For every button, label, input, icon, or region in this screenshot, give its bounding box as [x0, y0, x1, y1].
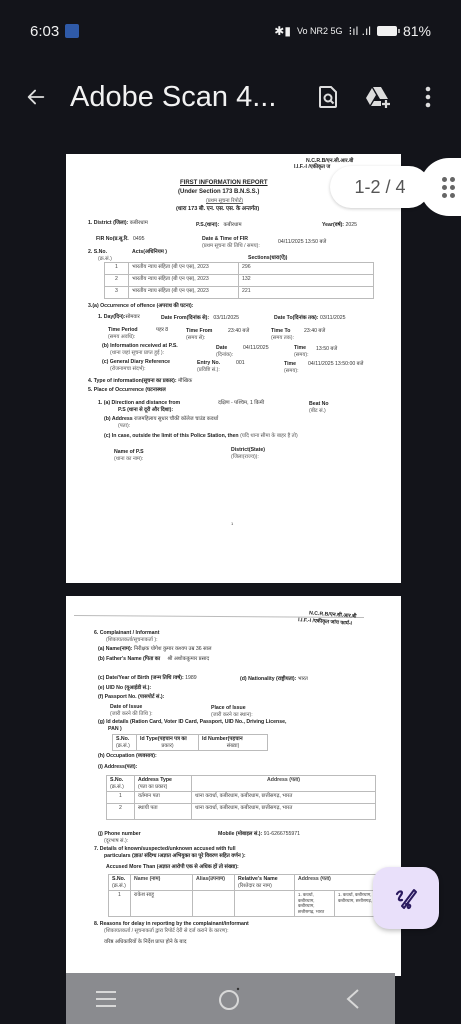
page-grid-button[interactable] [420, 158, 461, 216]
edit-annotate-icon [392, 884, 420, 912]
table-row: 2स्थायी पताथाना कवर्धा, कबीरधाम, कबीरधाम… [107, 804, 376, 820]
accused-name-header: Name (नाम) [131, 875, 193, 891]
info-time-value: 13:50 बजे [316, 346, 337, 353]
nationality-label: (d) Nationality (राष्ट्रीयता): [240, 676, 296, 682]
ps-name-label: Name of P.S [114, 449, 144, 456]
info-received-sublabel: (थाना जहां सूचना प्राप्त हुई ): [102, 350, 178, 357]
iif-header: I.I.F.-I /एकीकृत ज [294, 164, 330, 171]
act-sno: 1 [105, 263, 129, 275]
id-details-label: (g) Id details (Ration Card, Voter ID Ca… [98, 719, 286, 726]
address-label: (b) Address [104, 416, 133, 422]
gd-time-value: 04/11/2025 13:50:00 बजे [308, 361, 363, 368]
district-label: 1. District (जिला): [88, 220, 128, 226]
ps-label: P.S.(थाना): [196, 222, 219, 228]
report-subtitle: (Under Section 173 B.N.S.S.) [178, 189, 259, 197]
mobile-value: 91-6266755971 [264, 831, 300, 837]
uid-label: (e) UID No (यूआईडी सं.): [98, 685, 151, 692]
gd-time-sublabel: (समय): [284, 368, 299, 375]
day-value: सोमवार [125, 314, 139, 320]
name-value: निरीक्षक योगेश कुमार कश्यप उम्र 36 साल [134, 646, 212, 652]
nationality-value: भारत [298, 676, 308, 682]
id-number-subheader: संख्या) [202, 743, 264, 750]
time-period-value: पहर 8 [156, 327, 168, 334]
outside-limit-label: (c) In case, outside the limit of this P… [104, 433, 239, 439]
complainant-label: 6. Complainant / Informant [94, 630, 159, 637]
notification-app-icon [65, 24, 79, 38]
back-nav-button[interactable] [333, 979, 373, 1019]
network-type-label: Vo NR2 5G [297, 26, 343, 36]
table-row: S.No.(क्र.सं.) Name (नाम) Alias(उपनाम) R… [109, 875, 388, 891]
add-to-drive-button[interactable] [363, 82, 393, 112]
recents-menu-icon [95, 990, 117, 1008]
district-state-sublabel: (जिला(राज्य)): [231, 454, 265, 461]
type-info-value: मौखिक [178, 378, 192, 384]
accused-details-label-cont: particulars (ज्ञात/ संदिग्ध /अज्ञात अभिय… [94, 853, 246, 860]
accused-alias [193, 891, 235, 917]
date-to-label: Date To(दिनांक तक): [274, 315, 319, 321]
district-state-label: District(State) [231, 447, 265, 454]
act-name: भारतीय न्याय संहिता (बी एन एस), 2023 [129, 275, 239, 287]
signal-strength-icon: ⁝ıl .ıl [348, 24, 370, 38]
info-time-sublabel: (समय): [294, 352, 309, 359]
table-row: 1भारतीय न्याय संहिता (बी एन एस), 2023296 [105, 263, 374, 275]
info-received-label: (b) Information received at P.S. [102, 343, 178, 350]
fir-no-value: 0495 [133, 236, 145, 242]
entry-no-value: 001 [236, 360, 245, 367]
table-row: S.No.(क्र.सं.) Address Type(पता का प्रका… [107, 776, 376, 792]
place-of-issue-sublabel: (जारी करने का स्थान): [211, 712, 253, 719]
fir-datetime-sublabel: (प्रथम सूचना की तिथि / समय): [202, 243, 260, 250]
address-text: थाना कवर्धा, कबीरधाम, कबीरधाम, छत्तीसगढ़… [192, 792, 376, 804]
document-page-2[interactable]: N.C.R.B/एन.सी.आर.बी I.I.F.-I /एकीकृत जां… [66, 596, 401, 976]
battery-icon [377, 26, 397, 36]
address-sno-subheader: (क्र.सं.) [110, 784, 131, 791]
arrow-left-icon [25, 86, 47, 108]
clock: 6:03 [30, 23, 59, 40]
date-to-value: 03/11/2025 [320, 315, 346, 321]
info-date-value: 04/11/2025 [243, 345, 269, 352]
accused-table: S.No.(क्र.सं.) Name (नाम) Alias(उपनाम) R… [108, 874, 388, 917]
back-button[interactable] [16, 77, 56, 117]
gd-reference-label: (c) General Diary Reference [102, 359, 170, 366]
search-document-button[interactable] [313, 82, 343, 112]
time-period-label: Time Period [108, 327, 138, 334]
act-sno: 2 [105, 275, 129, 287]
more-options-button[interactable] [413, 82, 443, 112]
accused-more-than-label: Accused More Than (अज्ञात आरोपी एक से अध… [106, 864, 239, 871]
act-section: 221 [239, 287, 374, 299]
passport-label: (f) Passport No. (पासपोर्ट सं.): [98, 694, 164, 701]
address-value: राजमहिलाय सुधार चौकी कॉलेज चाउंड कवर्धा [134, 416, 218, 422]
time-to-value: 23:40 बजे [304, 328, 325, 335]
time-period-sublabel: (समय अवधि): [108, 334, 138, 341]
accused-name: राकेश साहू [131, 891, 193, 917]
delay-reason-label: 8. Reasons for delay in reporting by the… [94, 921, 249, 928]
direction-value: दक्षिण - पश्चिम, 1 किमी [218, 400, 264, 407]
occupation-label: (h) Occupation (व्यवसाय): [98, 753, 157, 760]
address-text: थाना कवर्धा, कबीरधाम, कबीरधाम, छत्तीसगढ़… [192, 804, 376, 820]
table-row: S.No.(क्र.सं.) Id Type(पहचान पत्र काप्रक… [113, 735, 268, 751]
delay-reason-value: वरिष्ठ अधिकारियों के निर्देश प्राप्त होन… [104, 939, 187, 946]
complainant-sublabel: (शिकायतकर्ता/सूचनाकर्ता ): [94, 637, 159, 644]
report-title: FIRST INFORMATION REPORT [180, 180, 268, 188]
id-sno-subheader: (क्र.सं.) [116, 743, 133, 750]
back-chevron-icon [345, 988, 361, 1010]
grid-view-icon [442, 177, 455, 198]
entry-no-sublabel: (प्रविष्टि सं.): [197, 367, 220, 374]
accused-sno-subheader: (क्र.सं.) [112, 883, 127, 890]
fir-datetime-value: 04/11/2025 13:50 बजे [278, 239, 326, 246]
entry-no-label: Entry No. [197, 360, 220, 367]
accused-sno: 1 [109, 891, 131, 917]
status-icons: ✱▮ Vo NR2 5G ⁝ıl .ıl 81% [274, 23, 431, 39]
gd-reference-sublabel: (रोजनामचा संदर्भ): [102, 366, 170, 373]
address-header: Address (पता) [192, 776, 376, 792]
app-bar: Adobe Scan 4... [0, 62, 461, 132]
act-section: 132 [239, 275, 374, 287]
address-section-label: (i) Address(पता): [98, 764, 137, 771]
act-name: भारतीय न्याय संहिता (बी एन एस), 2023 [129, 287, 239, 299]
beat-no-sublabel: (बीट सं.) [309, 408, 329, 415]
delay-reason-sublabel: (शिकायतकर्ता / सूचनाकर्ता द्वारा रिपोर्ट… [94, 928, 249, 935]
district-value: कबीरधाम [130, 220, 148, 226]
accused-address-1: 1. कवर्धा, कबीरधाम, कबीरधाम, छत्तीसगढ़, … [295, 891, 335, 917]
date-of-issue-sublabel: (जारी करने की तिथि ): [110, 711, 153, 718]
sections-header: Sections(धारा(ऐं)) [248, 255, 287, 262]
name-label: (a) Name(नाम): [98, 646, 132, 652]
address-sno: 2 [107, 804, 135, 820]
accused-details-label: 7. Details of known/suspected/unknown ac… [94, 846, 246, 853]
more-vertical-icon [424, 86, 432, 108]
time-from-sublabel: (समय से): [186, 335, 212, 342]
report-subtitle-hindi: (धारा 173 बी. एन. एस. एस. के अन्तर्गत) [176, 206, 259, 213]
year-value: 2025 [345, 222, 357, 228]
acts-header: Acts(अधिनियम ) [132, 249, 167, 256]
phone-label: (j) Phone number [98, 831, 141, 838]
drive-add-icon [365, 85, 391, 109]
dob-value: 1989 [185, 675, 197, 681]
time-from-label: Time From [186, 328, 212, 335]
father-name-value: श्री अशोककुमार प्रसाद [167, 656, 209, 662]
status-bar: 6:03 ✱▮ Vo NR2 5G ⁝ıl .ıl 81% [0, 0, 461, 62]
ps-name-sublabel: (थाना का नाम): [114, 456, 144, 463]
dob-label: (c) Date/Year of Birth (जन्म तिथि /वर्ष)… [98, 675, 184, 681]
info-date-sublabel: (दिनांक): [216, 352, 233, 359]
table-row: 1वर्तमान पताथाना कवर्धा, कबीरधाम, कबीरधा… [107, 792, 376, 804]
home-button[interactable] [210, 979, 250, 1019]
page-number: 1 [231, 521, 233, 526]
accused-relative [235, 891, 295, 917]
direction-sublabel: P.S (थाना से दूरी और दिशा): [98, 407, 180, 414]
type-info-label: 4. Type of information(सूचना का प्रकार): [88, 378, 177, 384]
id-details-table: S.No.(क्र.सं.) Id Type(पहचान पत्र काप्रक… [112, 734, 268, 751]
act-sno: 3 [105, 287, 129, 299]
accused-alias-header: Alias(उपनाम) [193, 875, 235, 891]
report-title-hindi: (प्रथम सूचना रिपोर्ट) [206, 198, 243, 205]
address-type: वर्तमान पता [135, 792, 192, 804]
direction-label: 1. (a) Direction and distance from [98, 400, 180, 407]
year-label: Year(वर्ष): [322, 222, 344, 228]
address-type-subheader: (पता का प्रकार) [138, 784, 188, 791]
system-nav-bar [66, 973, 395, 1024]
battery-percent: 81% [403, 23, 431, 39]
recents-button[interactable] [86, 979, 126, 1019]
table-row: 2भारतीय न्याय संहिता (बी एन एस), 2023132 [105, 275, 374, 287]
document-search-icon [317, 85, 339, 109]
mobile-label: Mobile (मोबाइल सं.): [218, 831, 262, 837]
date-from-value: 03/11/2025 [213, 315, 239, 321]
address-type: स्थायी पता [135, 804, 192, 820]
father-name-label: (b) Father's Name (पिता का [98, 656, 160, 662]
beat-no-label: Beat No [309, 401, 329, 408]
accused-relative-subheader: (रिश्तेदार का नाम) [238, 883, 291, 890]
day-label: 1. Day(दिन): [98, 314, 125, 320]
bluetooth-icon: ✱▮ [274, 24, 291, 38]
document-title: Adobe Scan 4... [70, 81, 276, 114]
outside-limit-sublabel: (यदि थाना सीमा के बाहर है तो) [240, 433, 298, 439]
ps-value: कबीरधाम [224, 222, 242, 228]
act-section: 296 [239, 263, 374, 275]
accused-sno-header: S.No. [112, 876, 127, 883]
address-sublabel: (पता): [104, 423, 218, 430]
id-type-header: Id Type(पहचान पत्र का [140, 736, 195, 743]
time-from-value: 23:40 बजे [228, 328, 249, 335]
id-details-label-cont: PAN ) [98, 726, 286, 733]
annotate-fab[interactable] [373, 867, 439, 929]
act-name: भारतीय न्याय संहिता (बी एन एस), 2023 [129, 263, 239, 275]
acts-table: 1भारतीय न्याय संहिता (बी एन एस), 2023296… [104, 262, 374, 299]
id-type-subheader: प्रकार) [140, 743, 195, 750]
home-circle-icon [218, 987, 242, 1011]
date-from-label: Date From(दिनांक से): [161, 315, 209, 321]
table-row: 3भारतीय न्याय संहिता (बी एन एस), 2023221 [105, 287, 374, 299]
table-row: 1 राकेश साहू 1. कवर्धा, कबीरधाम, कबीरधाम… [109, 891, 388, 917]
fir-no-label: FIR No(प्र.सू.रि. [96, 236, 129, 242]
time-to-sublabel: (समय तक): [271, 335, 294, 342]
address-table: S.No.(क्र.सं.) Address Type(पता का प्रका… [106, 775, 376, 820]
address-sno: 1 [107, 792, 135, 804]
occurrence-label: 3.(a) Occurrence of offence (अपराध की घट… [88, 303, 193, 310]
page-counter: 1-2 / 4 [330, 166, 430, 208]
phone-sublabel: (दूरभाष सं.): [98, 838, 141, 845]
document-page-1[interactable]: N.C.R.B/एन.सी.आर.बी I.I.F.-I /एकीकृत ज F… [66, 154, 401, 583]
place-occurrence-label: 5. Place of Occurrence (घटनास्थल [88, 387, 166, 394]
